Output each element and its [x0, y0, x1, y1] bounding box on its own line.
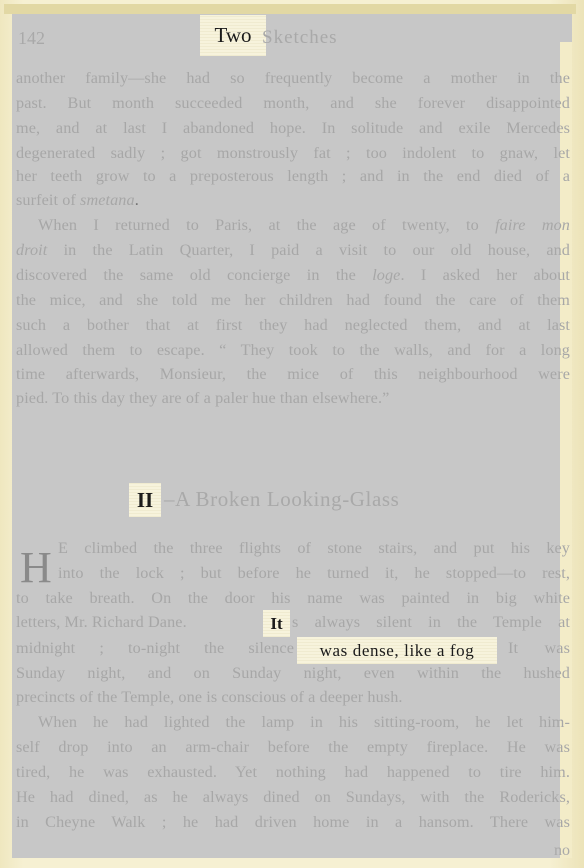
text-span: discovered the same old concierge in the [16, 266, 372, 284]
text-line: allowed them to escape. “ They took to t… [16, 340, 570, 360]
text-line: pied. To this day they are of a paler hu… [16, 388, 570, 408]
text-line: me, and at last I abandoned hope. In sol… [16, 118, 570, 138]
running-head-obscured: Sketches [262, 27, 338, 49]
text-line: discovered the same old concierge in the… [16, 265, 570, 285]
text-line: tired, he was exhausted. Yet nothing had… [16, 762, 570, 782]
italic-word: smetana [80, 191, 135, 209]
text-span: . I asked her about [400, 266, 570, 284]
text-line: another family—she had so frequently bec… [16, 68, 570, 88]
revealed-text-it: It [270, 614, 282, 634]
text-line: letters, Mr. Richard Dane. [16, 612, 256, 632]
italic-word: faire mon [495, 216, 570, 234]
drop-cap: H [20, 546, 52, 590]
text-line: surfeit of smetana. [16, 190, 570, 210]
revealed-numeral: II [129, 483, 161, 517]
revealed-phrase-fog: was dense, like a fog [297, 637, 497, 664]
text-span: When I returned to Paris, at the age of … [38, 216, 495, 234]
running-head-revealed: Two [214, 23, 251, 48]
revealed-text-fog: was dense, like a fog [320, 641, 475, 661]
text-line: into the lock ; but before he turned it,… [58, 563, 570, 583]
revealed-word-it: It [263, 610, 290, 637]
section-numeral: II [137, 488, 153, 513]
text-line: midnight ; to-night the silence [16, 638, 294, 658]
text-line: When I returned to Paris, at the age of … [16, 215, 570, 235]
text-line: her teeth grow to a preposterous length … [16, 166, 570, 186]
text-line: When he had lighted the lamp in his sitt… [16, 712, 570, 732]
italic-word: droit [16, 241, 47, 259]
text-line: He had dined, as he always dined on Sund… [16, 787, 570, 807]
catchword: no [554, 842, 570, 860]
revealed-word-two: Two [200, 15, 266, 56]
page-right-margin [560, 42, 572, 858]
text-line: It was [508, 638, 570, 658]
text-line: s always silent in the Temple at [292, 612, 570, 632]
text-line: the mice, and she told me her children h… [16, 290, 570, 310]
text-line: time afterwards, Monsieur, the mice of t… [16, 364, 570, 384]
text-span: surfeit of [16, 191, 80, 209]
text-line: self drop into an arm-chair before the e… [16, 737, 570, 757]
text-span: in the Latin Quarter, I paid a visit to … [47, 241, 570, 259]
page-number: 142 [18, 28, 45, 49]
book-page: 142 Two Sketches another family—she had … [0, 0, 584, 868]
text-line: degenerated sadly ; got monstrously fat … [16, 143, 570, 163]
section-title-obscured: –A Broken Looking-Glass [164, 487, 399, 512]
text-span: . [135, 191, 139, 209]
text-line: droit in the Latin Quarter, I paid a vis… [16, 240, 570, 260]
text-line: Sunday night, and on Sunday night, even … [16, 663, 570, 683]
italic-word: loge [372, 266, 400, 284]
text-line: to take breath. On the door his name was… [16, 588, 570, 608]
text-line: precincts of the Temple, one is consciou… [16, 687, 570, 707]
page-top-edge [4, 4, 576, 14]
text-line: such a bother that at first they had neg… [16, 315, 570, 335]
text-line: in Cheyne Walk ; he had driven home in a… [16, 812, 570, 832]
text-line: past. But month succeeded month, and she… [16, 93, 570, 113]
text-line: E climbed the three flights of stone sta… [58, 538, 570, 558]
